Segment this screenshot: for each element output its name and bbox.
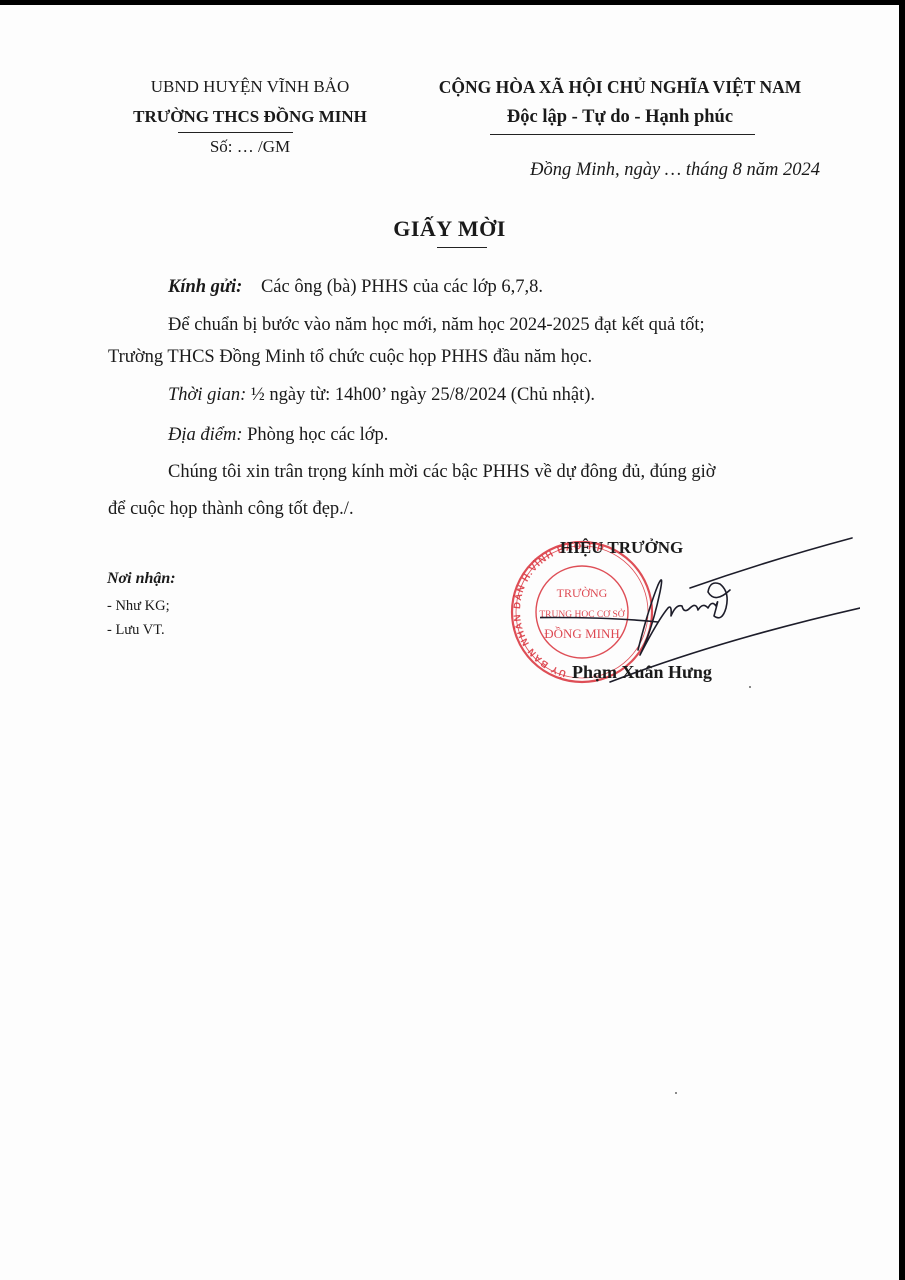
time-value: ½ ngày từ: 14h00’ ngày 25/8/2024 (Chủ nh… [246, 385, 595, 405]
speck-mark [675, 1092, 677, 1094]
motto-underline [490, 134, 755, 135]
school-underline [178, 132, 293, 133]
nation-name: CỘNG HÒA XÃ HỘI CHỦ NGHĨA VIỆT NAM [410, 77, 830, 98]
recipient-item: - Lưu VT. [107, 622, 165, 639]
time-line: Thời gian: ½ ngày từ: 14h00’ ngày 25/8/2… [168, 385, 595, 406]
place-date: Đồng Minh, ngày … tháng 8 năm 2024 [410, 160, 820, 181]
school-name: TRƯỜNG THCS ĐỒNG MINH [100, 107, 400, 127]
purpose-line-1: Để chuẩn bị bước vào năm học mới, năm họ… [168, 315, 705, 336]
recipient-label: Kính gửi: [168, 277, 242, 297]
closing-line-2: để cuộc họp thành công tốt đẹp./. [108, 499, 354, 520]
recipient-line: Kính gửi: Các ông (bà) PHHS của các lớp … [168, 277, 543, 298]
closing-line-1: Chúng tôi xin trân trọng kính mời các bậ… [168, 462, 716, 483]
title-underline [437, 247, 487, 248]
recipient-item: - Như KG; [107, 598, 170, 615]
time-label: Thời gian: [168, 385, 246, 405]
authority-name: UBND HUYỆN VĨNH BẢO [100, 77, 400, 97]
speck-mark [749, 686, 751, 688]
location-label: Địa điểm: [168, 425, 243, 445]
purpose-line-2: Trường THCS Đồng Minh tổ chức cuộc họp P… [108, 347, 592, 368]
document-page: UBND HUYỆN VĨNH BẢO TRƯỜNG THCS ĐỒNG MIN… [0, 5, 899, 1280]
location-value: Phòng học các lớp. [243, 425, 389, 445]
signer-name: Phạm Xuân Hưng [572, 662, 712, 683]
recipient-value: Các ông (bà) PHHS của các lớp 6,7,8. [261, 277, 543, 297]
national-motto: Độc lập - Tự do - Hạnh phúc [410, 107, 830, 128]
document-number: Số: … /GM [100, 137, 400, 157]
location-line: Địa điểm: Phòng học các lớp. [168, 425, 388, 446]
recipients-title: Nơi nhận: [107, 570, 176, 588]
document-title: GIẤY MỜI [0, 216, 899, 242]
handwritten-signature [540, 530, 860, 710]
